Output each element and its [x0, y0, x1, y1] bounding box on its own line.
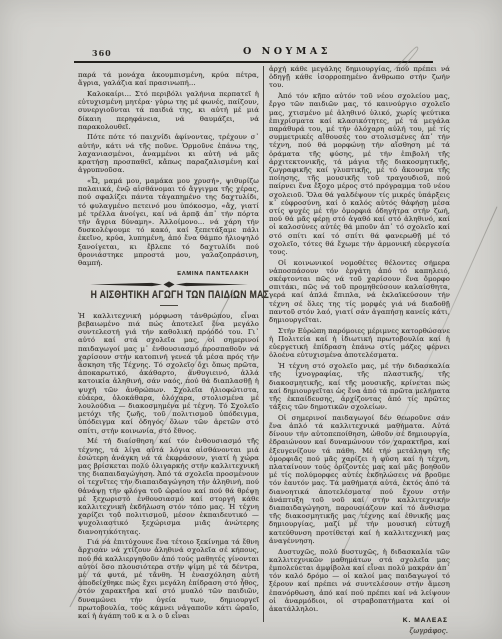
swelled-rule-ornament-icon — [88, 280, 250, 289]
body-paragraph: Πότε πότε τό παιχνίδι ἀφίνοντας, τρέχουν… — [78, 133, 259, 174]
article2-signature: Κ. ΜΑΛΕΑΣ ζωγράφος. — [269, 617, 448, 635]
column-divider-rule — [263, 66, 264, 622]
header-rule — [74, 61, 433, 63]
masthead-title: Ο ΝΟΥΜΑΣ — [243, 46, 331, 57]
body-paragraph: Δυστυχῶς, πολύ δυστυχῶς, ἡ διδασκαλία τῶ… — [269, 548, 450, 614]
body-paragraph: Ἡ τέχνη στό σχολεῖο μας, μέ τήν διδασκαλ… — [269, 362, 450, 411]
body-paragraph: παρά τά μονάχα ἀκουμπισμένη, κρύα πέτρα,… — [78, 71, 259, 87]
body-paragraph: Ἀπό τόν κῆπο αὐτόν τοῦ νέου σχολείου μας… — [269, 92, 450, 256]
body-paragraph: Οἱ κοινωνικοί νομοθέτες θέλοντες σήμερα … — [269, 259, 450, 325]
body-paragraph: «Ὦ, μαμά μου, μαμάκα μου χρυσή», ψιθυρίζ… — [78, 177, 259, 267]
right-column: ἀρχή κάθε μεγάλης δημιουργίας, πού πρέπε… — [269, 65, 450, 625]
body-paragraph: Ἡ καλλιτεχνική μόρφωση τἀνθρώπου, εἶναι … — [78, 312, 259, 435]
body-paragraph: Γιά νά ἐπιτύχουνε ἕνα τέτοιο ξεκίνημα τά… — [78, 538, 259, 620]
body-paragraph: Οἱ σημερινοί παιδαγωγοί δέν θεωροῦνε σάν… — [269, 414, 450, 545]
scanned-newspaper-page: 360 Ο ΝΟΥΜΑΣ παρά τά μονάχα ἀκουμπισμένη… — [0, 0, 502, 639]
author-name: Κ. ΜΑΛΕΑΣ — [269, 617, 448, 625]
body-paragraph: Στήν Εὐρώπη παρόμοιες μέριμνες κατορθώσα… — [269, 327, 450, 360]
article1-body: παρά τά μονάχα ἀκουμπισμένη, κρύα πέτρα,… — [78, 71, 259, 267]
article2-left-body: Ἡ καλλιτεχνική μόρφωση τἀνθρώπου, εἶναι … — [78, 312, 259, 621]
page-number: 360 — [92, 48, 112, 58]
article2-right-body: ἀρχή κάθε μεγάλης δημιουργίας, πού πρέπε… — [269, 65, 450, 613]
article2-title: Η ΑΙΣΘΗΤΙΚΗ ΑΓΩΓΗ ΤΩΝ ΠΑΙΔΙΩΝ ΜΑΣ — [91, 292, 247, 301]
author-role: ζωγράφος. — [269, 627, 448, 635]
body-paragraph: ἀρχή κάθε μεγάλης δημιουργίας, πού πρέπε… — [269, 65, 450, 90]
left-column: παρά τά μονάχα ἀκουμπισμένη, κρύα πέτρα,… — [78, 71, 259, 627]
body-paragraph: Μέ τή διαίσθηση καί τόν ἐνθουσιασμό τῆς … — [78, 437, 259, 535]
title-dash-rule — [160, 305, 178, 306]
body-paragraph: Καλοκαίρι... Στό περιβόλι γαλήνια περπατ… — [78, 90, 259, 131]
article1-signature: ΕΛΜΙΝΑ ΠΑΝΤΕΛΑΚΗ — [78, 270, 249, 278]
